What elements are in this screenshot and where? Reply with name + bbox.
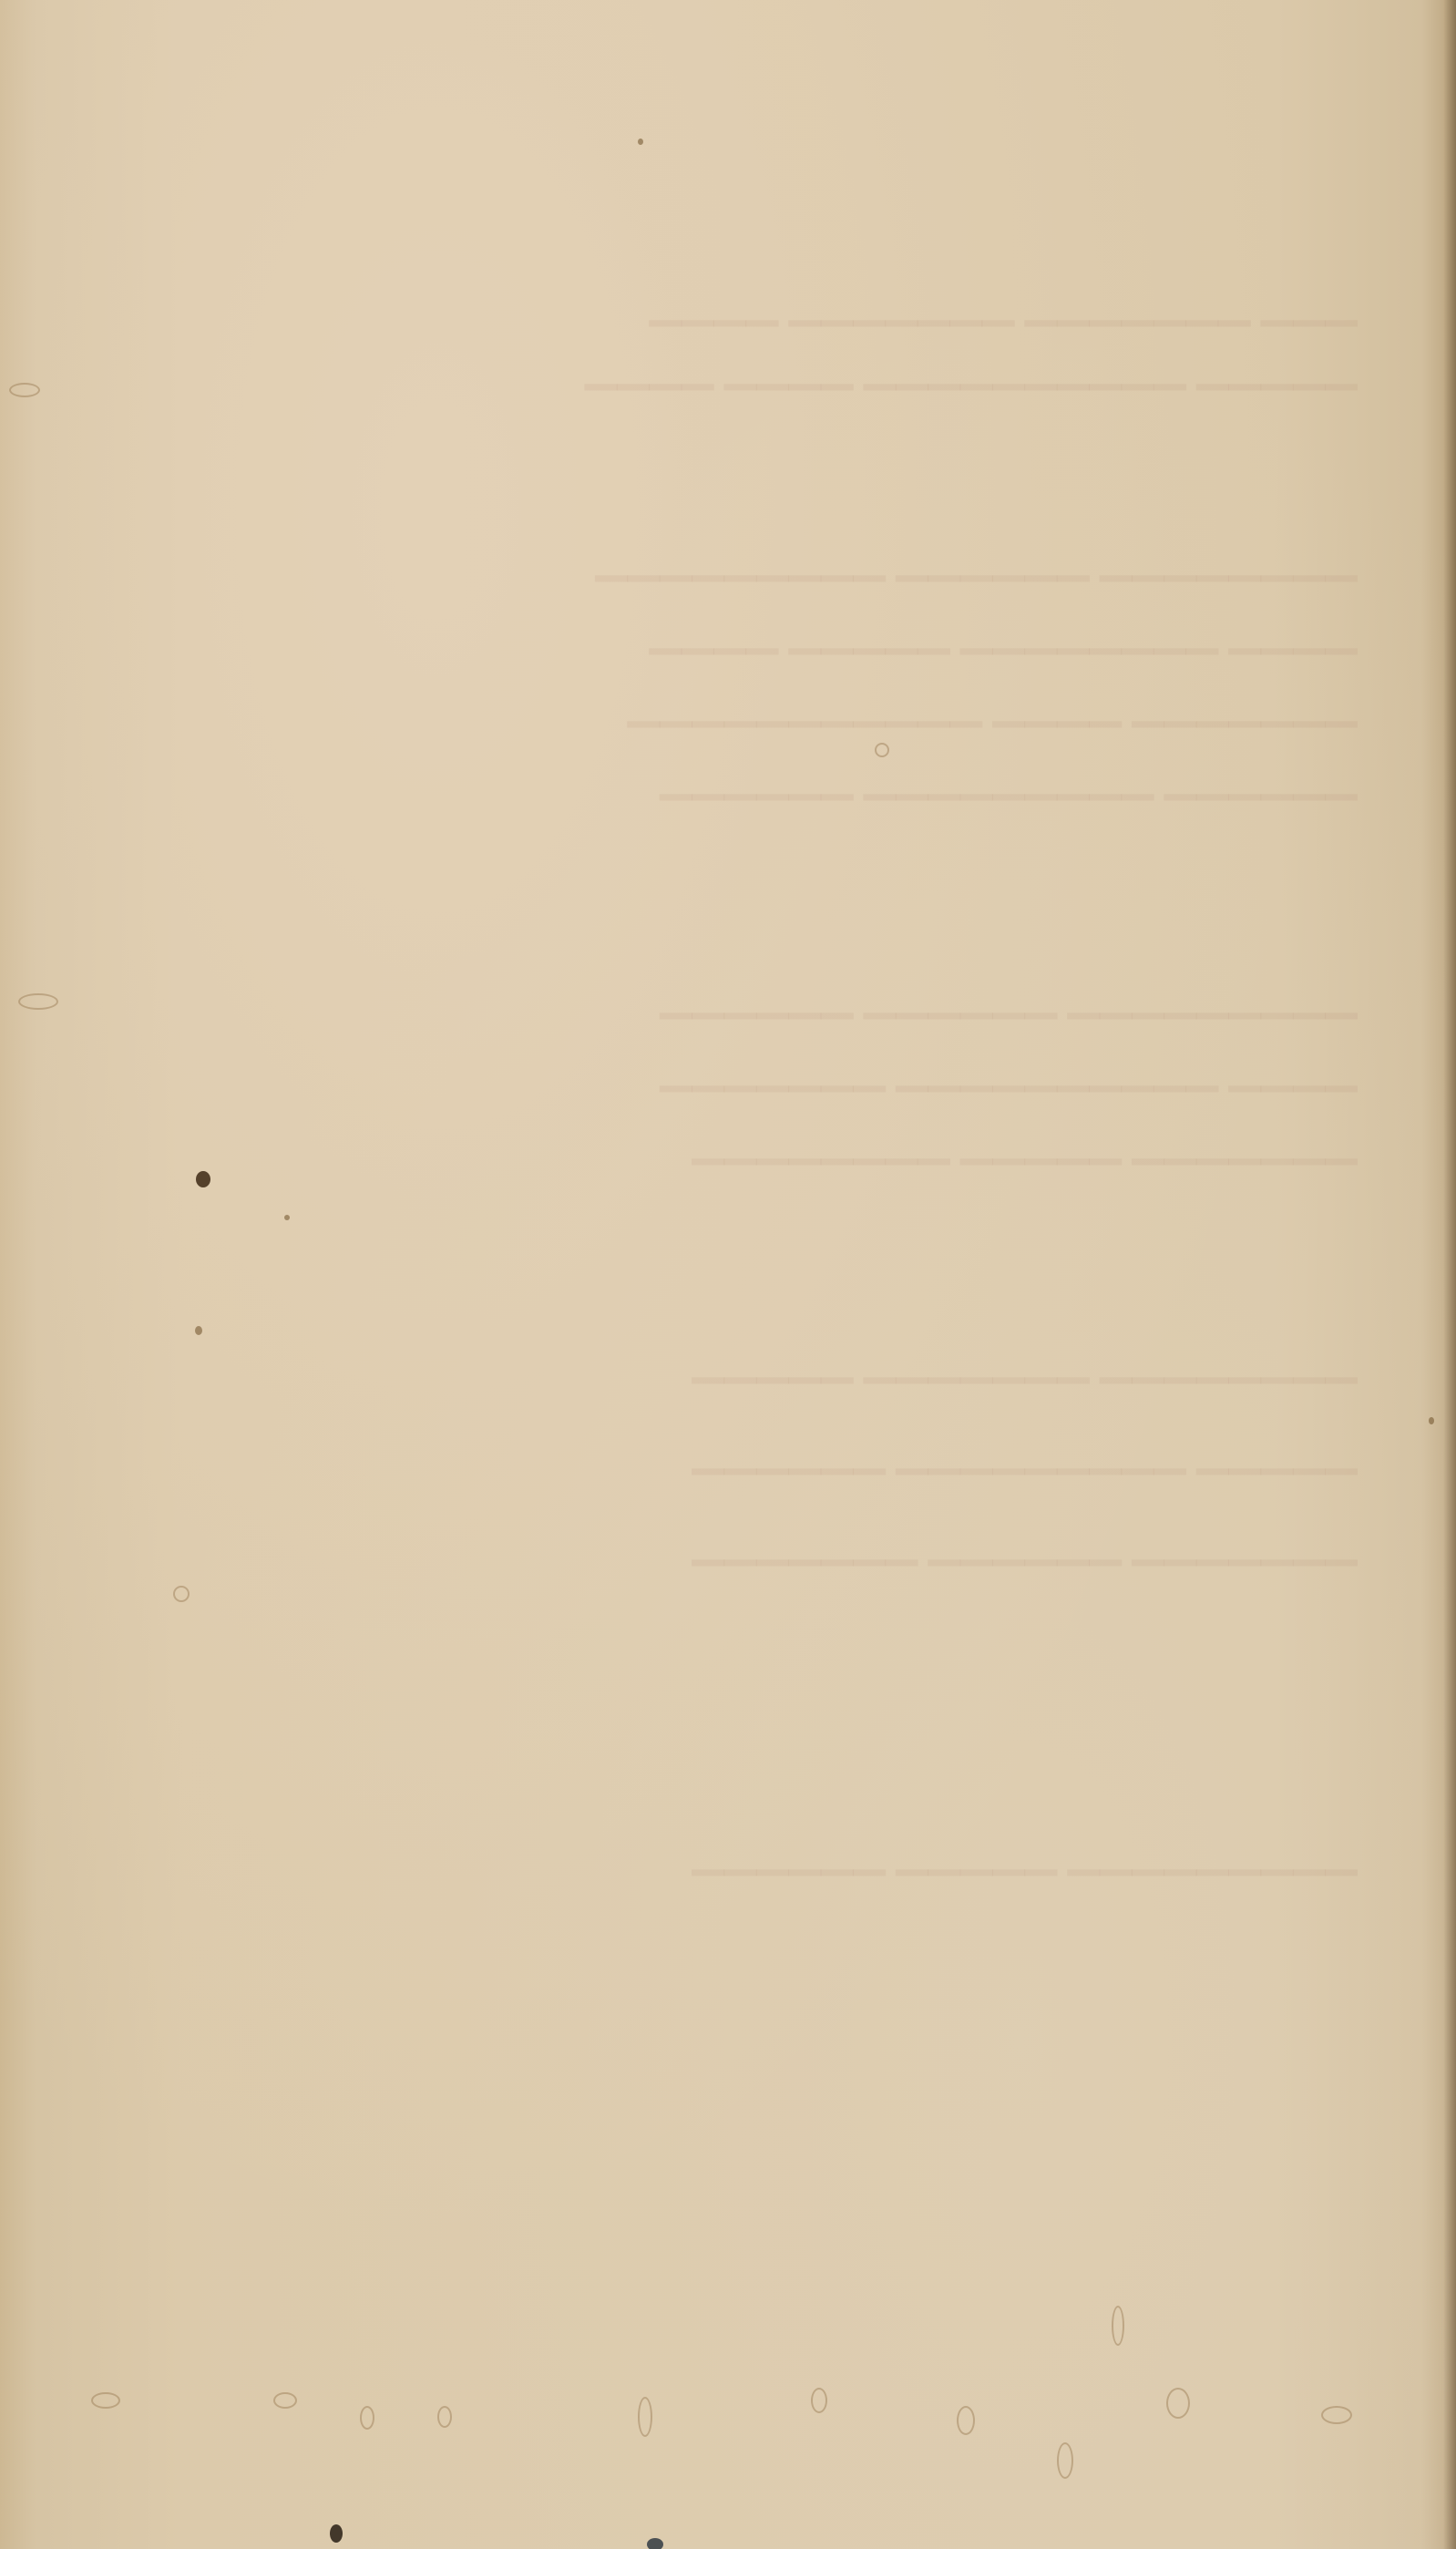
water-spot xyxy=(18,993,58,1010)
speck xyxy=(647,2538,663,2549)
paper-page: ▁▁▁ ▁▁▁▁▁▁▁ ▁▁▁▁▁▁▁ ▁▁▁▁ ▁▁▁▁▁ ▁▁▁▁▁▁▁▁▁… xyxy=(0,0,1456,2549)
water-spot xyxy=(91,2392,120,2409)
water-spot xyxy=(437,2406,452,2428)
bleed-through-block-2: ▁▁▁▁▁ ▁▁▁▁▁▁▁▁▁▁ ▁▁▁▁ ▁▁▁▁ xyxy=(301,337,1358,396)
ink-spot xyxy=(196,1171,210,1187)
water-spot xyxy=(638,2397,652,2437)
water-spot xyxy=(957,2406,975,2435)
bleed-through-block-3: ▁▁▁▁▁▁▁▁ ▁▁▁▁▁▁ ▁▁▁▁▁▁▁▁▁ xyxy=(301,529,1358,587)
water-spot xyxy=(875,743,889,757)
speck xyxy=(1429,1417,1434,1424)
speck xyxy=(284,1215,290,1220)
water-spot xyxy=(273,2392,297,2409)
bleed-through-block-11: ▁▁▁▁▁ ▁▁▁▁▁▁▁▁▁ ▁▁▁▁▁▁ xyxy=(301,1422,1358,1480)
page-edge-shadow xyxy=(1443,0,1456,2549)
bleed-through-block-9: ▁▁▁▁▁▁▁ ▁▁▁▁▁ ▁▁▁▁▁▁▁▁ xyxy=(301,1112,1358,1170)
speck xyxy=(330,2524,343,2543)
bleed-through-block-5: ▁▁▁▁▁▁▁ ▁▁▁▁ ▁▁▁▁▁▁▁▁▁▁▁ xyxy=(301,674,1358,733)
bleed-through-block-1: ▁▁▁ ▁▁▁▁▁▁▁ ▁▁▁▁▁▁▁ ▁▁▁▁ xyxy=(301,273,1358,332)
bleed-through-block-6: ▁▁▁▁▁▁ ▁▁▁▁▁▁▁▁▁ ▁▁▁▁▁▁ xyxy=(301,747,1358,806)
bleed-through-block-10: ▁▁▁▁▁▁▁▁ ▁▁▁▁▁▁▁ ▁▁▁▁▁ xyxy=(301,1331,1358,1389)
bleed-through-block-4: ▁▁▁▁ ▁▁▁▁▁▁▁▁ ▁▁▁▁▁ ▁▁▁▁ xyxy=(301,601,1358,660)
bleed-through-block-12: ▁▁▁▁▁▁▁ ▁▁▁▁▁▁ ▁▁▁▁▁▁▁ xyxy=(301,1513,1358,1571)
water-spot xyxy=(1057,2442,1073,2479)
water-spot xyxy=(811,2388,827,2413)
bleed-through-block-7: ▁▁▁▁▁▁▁▁▁ ▁▁▁▁▁▁ ▁▁▁▁▁▁ xyxy=(301,966,1358,1024)
water-spot xyxy=(173,1586,190,1602)
water-spot xyxy=(360,2406,374,2430)
water-spot xyxy=(9,383,40,397)
bleed-through-block-8: ▁▁▁▁ ▁▁▁▁▁▁▁▁▁▁ ▁▁▁▁▁▁▁ xyxy=(301,1039,1358,1097)
speck xyxy=(195,1326,202,1335)
water-spot xyxy=(1166,2388,1190,2419)
speck xyxy=(638,139,643,145)
water-spot xyxy=(1112,2306,1124,2346)
water-spot xyxy=(1321,2406,1352,2424)
bleed-through-block-13: ▁▁▁▁▁▁▁▁▁ ▁▁▁▁▁ ▁▁▁▁▁▁ xyxy=(301,1823,1358,1881)
